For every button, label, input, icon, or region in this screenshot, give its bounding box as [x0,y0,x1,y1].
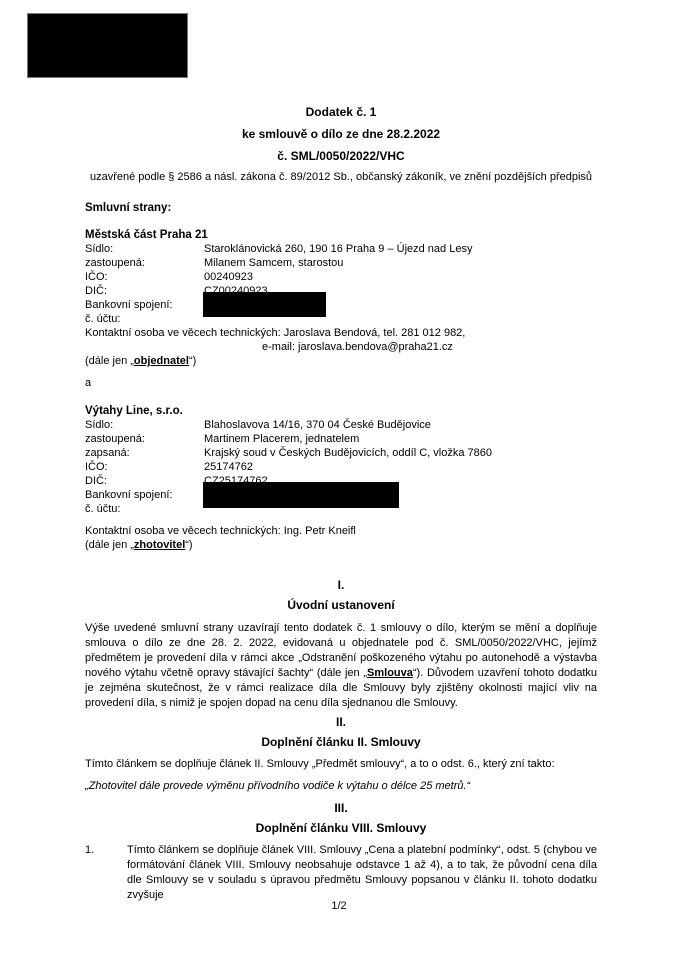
parties-connector: a [85,376,597,390]
field-value: Staroklánovická 260, 190 16 Praha 9 – Új… [204,242,597,256]
field-label: zapsaná: [85,446,204,460]
field-label: Sídlo: [85,418,204,432]
field-label: Bankovní spojení: [85,298,204,312]
party1-row-ucet: č. účtu: [85,312,597,326]
field-value: 25174762 [204,460,597,474]
party1-name: Městská část Praha 21 [85,228,597,242]
section3-heading: Doplnění článku VIII. Smlouvy [85,821,597,835]
party1-row-zastoupena: zastoupená: Milanem Samcem, starostou [85,256,597,270]
party2-name: Výtahy Line, s.r.o. [85,404,597,418]
field-value-redacted [204,502,597,516]
field-label: č. účtu: [85,312,204,326]
field-label: DIČ: [85,284,204,298]
party1-row-dic: DIČ: CZ00240923 [85,284,597,298]
field-value: 00240923 [204,270,597,284]
party2-row-bank: Bankovní spojení: [85,488,597,502]
field-label: DIČ: [85,474,204,488]
document-subtitle: uzavřené podle § 2586 a násl. zákona č. … [85,169,597,185]
section2-intro: Tímto článkem se doplňuje článek II. Sml… [85,757,597,772]
list-item-text: Tímto článkem se doplňuje článek VIII. S… [127,843,597,903]
party2-row-dic: DIČ: CZ25174762 [85,474,597,488]
field-value: Martinem Placerem, jednatelem [204,432,597,446]
party1-contact-line: Kontaktní osoba ve věcech technických: J… [85,326,597,340]
section2-heading: Doplnění článku II. Smlouvy [85,735,597,749]
party2-row-zapsana: zapsaná: Krajský soud v Českých Budějovi… [85,446,597,460]
field-value-redacted [204,298,597,312]
party2-row-ico: IČO: 25174762 [85,460,597,474]
party1-row-sidlo: Sídlo: Staroklánovická 260, 190 16 Praha… [85,242,597,256]
section1-numeral: I. [85,578,597,592]
party2-row-zastoupena: zastoupená: Martinem Placerem, jednatele… [85,432,597,446]
document-title-line1: Dodatek č. 1 [85,101,597,123]
list-item-number: 1. [85,843,127,903]
section1-paragraph: Výše uvedené smluvní strany uzavírají te… [85,621,597,711]
parties-heading: Smluvní strany: [85,201,597,215]
field-label: Bankovní spojení: [85,488,204,502]
party2-row-ucet: č. účtu: [85,502,597,516]
party2-alias-term: zhotovitel [134,539,185,551]
defined-term-smlouva: Smlouva [367,667,413,679]
section2-numeral: II. [85,715,597,729]
party1-alias-line: (dále jen „objednatel“) [85,354,597,368]
field-label: IČO: [85,270,204,284]
field-label: č. účtu: [85,502,204,516]
section1-heading: Úvodní ustanovení [85,598,597,612]
document-title-line2: ke smlouvě o dílo ze dne 28.2.2022 [85,123,597,145]
alias-suffix: “) [189,355,196,367]
field-value-redacted [204,312,597,326]
section3-numeral: III. [85,801,597,815]
party2-contact-line: Kontaktní osoba ve věcech technických: I… [85,524,597,538]
field-value: CZ00240923 [204,284,597,298]
section2-quote: „Zhotovitel dále provede výměnu přívodní… [85,779,597,794]
title-block: Dodatek č. 1 ke smlouvě o dílo ze dne 28… [85,101,597,167]
field-value: Milanem Samcem, starostou [204,256,597,270]
party1-row-bank: Bankovní spojení: [85,298,597,312]
alias-suffix: “) [185,539,192,551]
field-value-redacted [204,488,597,502]
alias-prefix: (dále jen „ [85,355,134,367]
field-label: Sídlo: [85,242,204,256]
field-label: zastoupená: [85,432,204,446]
document-page: Dodatek č. 1 ke smlouvě o dílo ze dne 28… [0,0,678,960]
field-value: Krajský soud v Českých Budějovicích, odd… [204,446,597,460]
document-content: Dodatek č. 1 ke smlouvě o dílo ze dne 28… [85,0,597,903]
field-value: Blahoslavova 14/16, 370 04 České Budějov… [204,418,597,432]
page-number: 1/2 [0,900,678,912]
party1-row-ico: IČO: 00240923 [85,270,597,284]
alias-prefix: (dále jen „ [85,539,134,551]
party1-alias-term: objednatel [134,355,189,367]
party2-alias-line: (dále jen „zhotovitel“) [85,538,597,552]
party2-row-sidlo: Sídlo: Blahoslavova 14/16, 370 04 České … [85,418,597,432]
field-label: zastoupená: [85,256,204,270]
field-label: IČO: [85,460,204,474]
field-value: CZ25174762 [204,474,597,488]
section3-list-item-1: 1. Tímto článkem se doplňuje článek VIII… [85,843,597,903]
document-title-line3: č. SML/0050/2022/VHC [85,145,597,167]
party1-contact-email: e-mail: jaroslava.bendova@praha21.cz [85,340,597,354]
